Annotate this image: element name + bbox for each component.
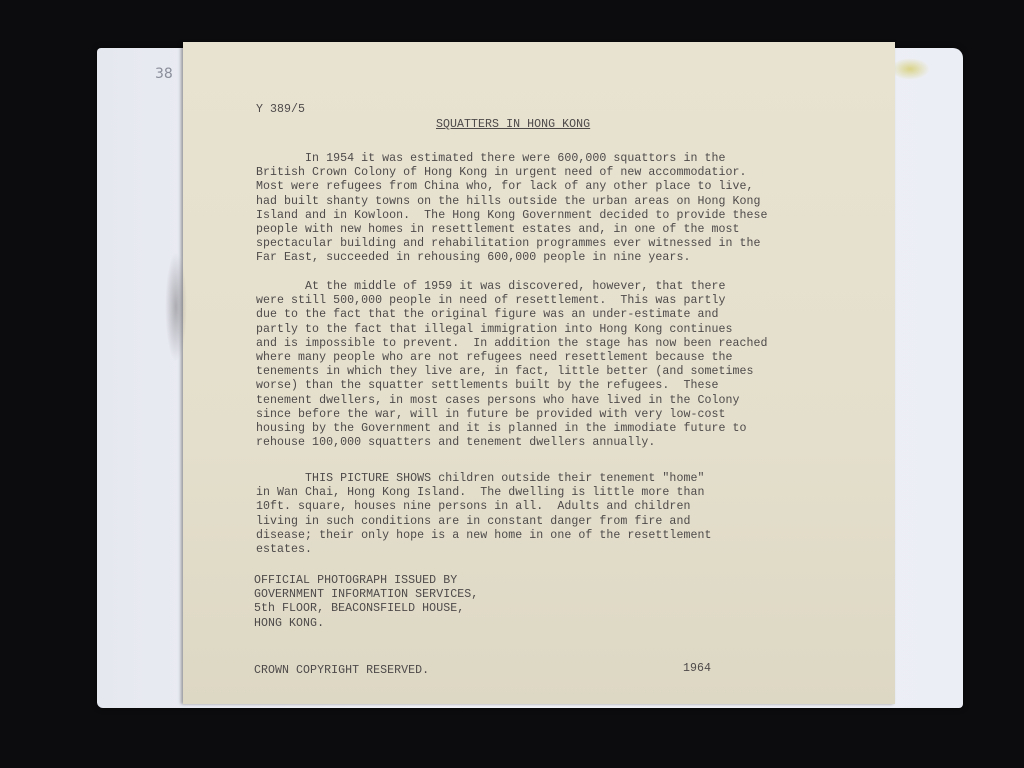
reference-number: Y 389/5 (256, 103, 305, 117)
handwritten-number: 38 (155, 66, 173, 82)
paragraph-1: In 1954 it was estimated there were 600,… (256, 152, 768, 266)
document-title: SQUATTERS IN HONG KONG (436, 118, 590, 132)
paragraph-2: At the middle of 1959 it was discovered,… (256, 280, 768, 450)
stain-mark (890, 58, 930, 80)
paragraph-3: THIS PICTURE SHOWS children outside thei… (256, 472, 711, 557)
issuer-block: OFFICIAL PHOTOGRAPH ISSUED BY GOVERNMENT… (254, 574, 478, 631)
copyright-notice: CROWN COPYRIGHT RESERVED. (254, 664, 429, 678)
document-year: 1964 (683, 662, 711, 676)
